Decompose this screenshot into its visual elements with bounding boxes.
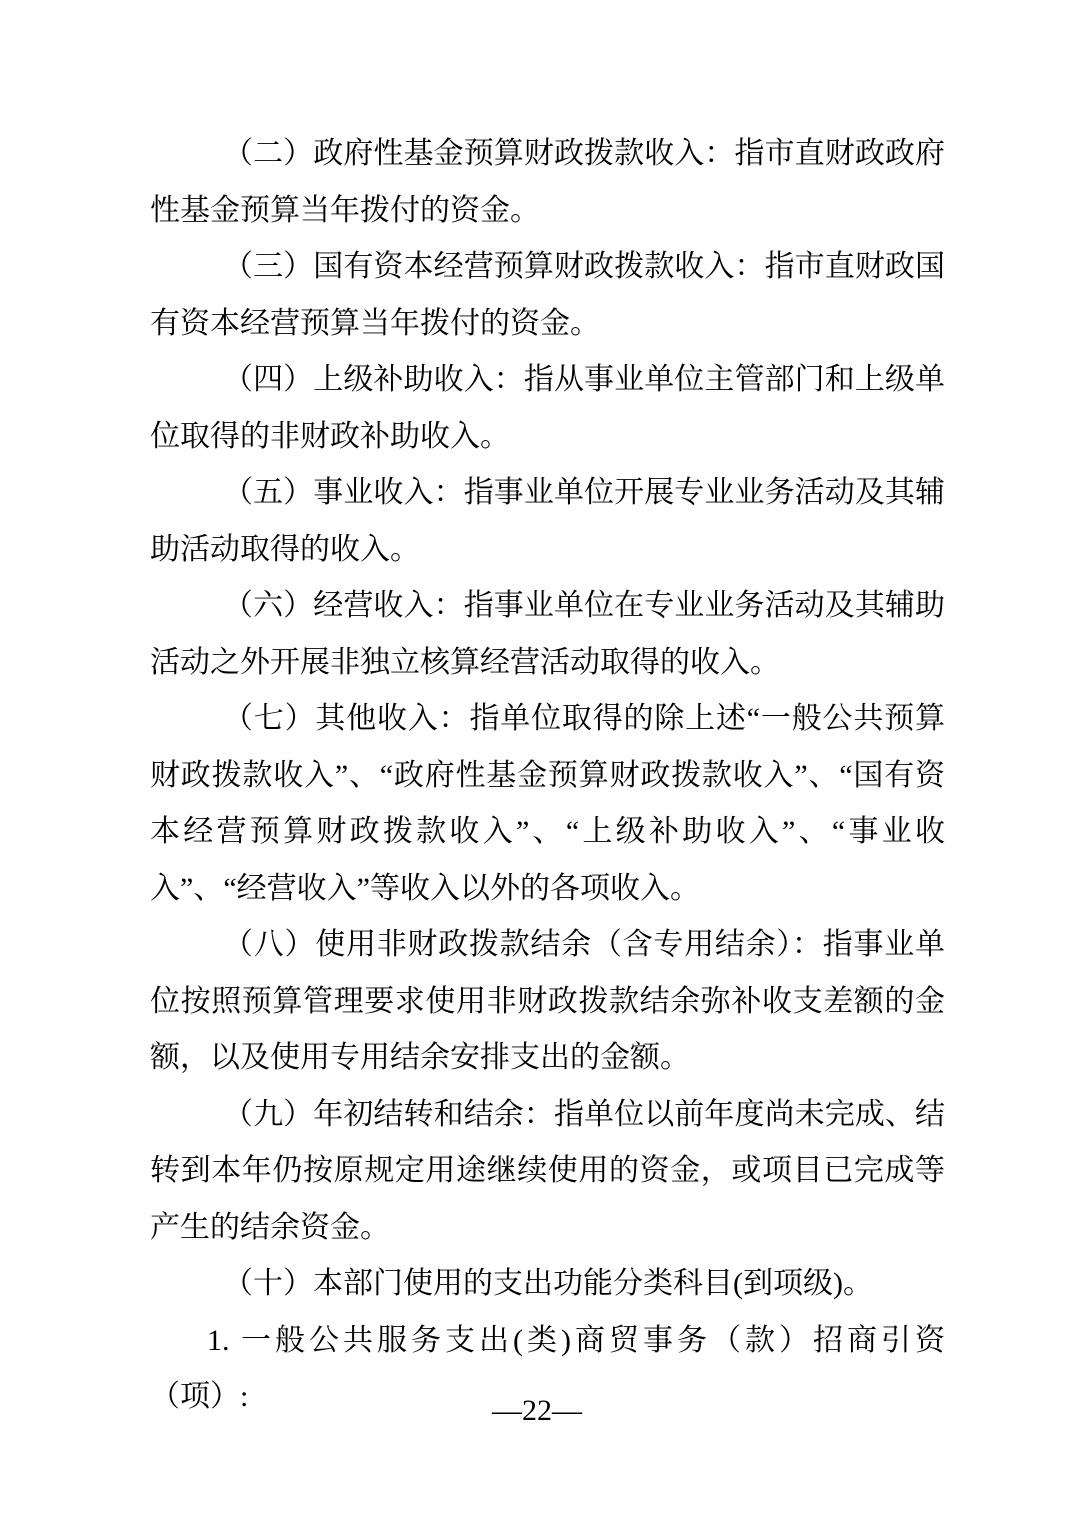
paragraph-expense-classification: （十）本部门使用的支出功能分类科目(到项级)。 (150, 1256, 945, 1313)
paragraph-non-fiscal-balance: （八）使用非财政拨款结余（含专用结余）：指事业单位按照预算管理要求使用非财政拨款… (150, 917, 945, 1087)
paragraph-carryover-balance: （九）年初结转和结余：指单位以前年度尚未完成、结转到本年仍按原规定用途继续使用的… (150, 1087, 945, 1257)
document-body: （二）政府性基金预算财政拨款收入：指市直财政政府性基金预算当年拨付的资金。 （三… (150, 126, 945, 1426)
paragraph-income-operating: （六）经营收入：指事业单位在专业业务活动及其辅助活动之外开展非独立核算经营活动取… (150, 578, 945, 691)
paragraph-income-institution: （五）事业收入：指事业单位开展专业业务活动及其辅助活动取得的收入。 (150, 465, 945, 578)
paragraph-income-state-capital: （三）国有资本经营预算财政拨款收入：指市直财政国有资本经营预算当年拨付的资金。 (150, 239, 945, 352)
document-page: （二）政府性基金预算财政拨款收入：指市直财政政府性基金预算当年拨付的资金。 （三… (0, 0, 1074, 1520)
paragraph-income-superior-subsidy: （四）上级补助收入：指从事业单位主管部门和上级单位取得的非财政补助收入。 (150, 352, 945, 465)
paragraph-income-other: （七）其他收入：指单位取得的除上述“一般公共预算财政拨款收入”、“政府性基金预算… (150, 691, 945, 917)
page-number: —22— (0, 1392, 1074, 1430)
paragraph-income-gov-fund: （二）政府性基金预算财政拨款收入：指市直财政政府性基金预算当年拨付的资金。 (150, 126, 945, 239)
